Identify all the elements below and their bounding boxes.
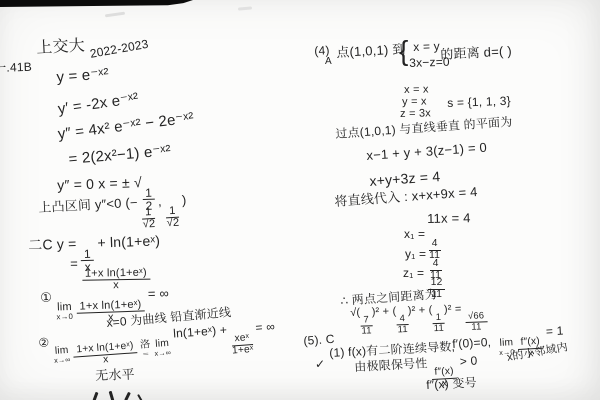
distance-question: 的距离 d=( )	[440, 44, 512, 62]
fraction: 111	[433, 313, 445, 334]
no-horizontal-note: 无水平	[95, 368, 135, 384]
exam-years: 2022-2023	[89, 38, 150, 61]
distance-calculation: √(711)² + (411)² + (111)² = √6611	[350, 302, 488, 337]
eq-y-prime: y′ = -2x e⁻ˣ²	[57, 91, 140, 119]
problem-4-answer-letter: A	[325, 56, 332, 67]
eq-y: y = e⁻ˣ²	[56, 66, 109, 86]
pencil-smudge	[238, 6, 252, 10]
stacked-notation: 洛＝	[140, 340, 152, 359]
fraction: 1+x ln(1+eˣ)x	[73, 341, 138, 368]
stacked-notation: limx→∞	[53, 346, 71, 365]
stacked-notation: limx→0	[56, 302, 73, 322]
system-brace: {	[399, 36, 409, 67]
scan-edge-bar	[0, 0, 193, 7]
clipped-stroke	[93, 392, 99, 400]
clipped-stroke	[137, 394, 143, 400]
fraction: 1√2	[142, 207, 156, 232]
f-sign-change: f″(x) 变号	[426, 376, 477, 392]
plane-eq-expanded: x−1 + y + 3(z−1) = 0	[366, 141, 487, 164]
concave-interval: 上凸区间 y″<0 (− 1√2 , 1√2 )	[38, 193, 188, 237]
stacked-notation: limx→∞	[154, 339, 172, 358]
direction-vector: s = {1, 1, 3}	[447, 95, 511, 110]
clipped-stroke	[109, 391, 115, 400]
f-prime-zero: f′(0)=0,	[452, 336, 492, 351]
limit-2: ② limx→∞ 1+x ln(1+eˣ)x 洛＝ limx→∞ ln(1+eˣ…	[38, 320, 277, 370]
problem-41b-label: 一.41B	[0, 61, 32, 75]
pencil-smudge	[105, 12, 125, 18]
param-x: x = x	[404, 84, 429, 97]
checkmark: ✓	[315, 358, 325, 371]
school-title: 上交大	[36, 37, 85, 57]
fraction: xeˣ1+eˣ	[231, 333, 254, 357]
fraction: 411	[397, 314, 409, 335]
param-z: z = 3x	[400, 107, 431, 120]
substitute-line: 将直线代入 : x+x+9x = 4	[334, 185, 478, 209]
fraction: 1√2	[166, 205, 180, 230]
notes-page: 上交大2022-2023一.41By = e⁻ˣ²y′ = -2x e⁻ˣ²y″…	[0, 0, 600, 400]
line-eq-1: x = y	[413, 40, 440, 54]
clipped-stroke	[124, 392, 131, 400]
param-y: y = x	[402, 96, 427, 109]
fraction: √6611	[465, 312, 488, 333]
point-to-line-text: 点(1,0,1) 到	[336, 42, 406, 60]
eq-factored: = 2(2x²−1) e⁻ˣ²	[68, 143, 172, 168]
fraction: 711	[360, 316, 372, 337]
solve-11x: 11x = 4	[427, 211, 471, 226]
